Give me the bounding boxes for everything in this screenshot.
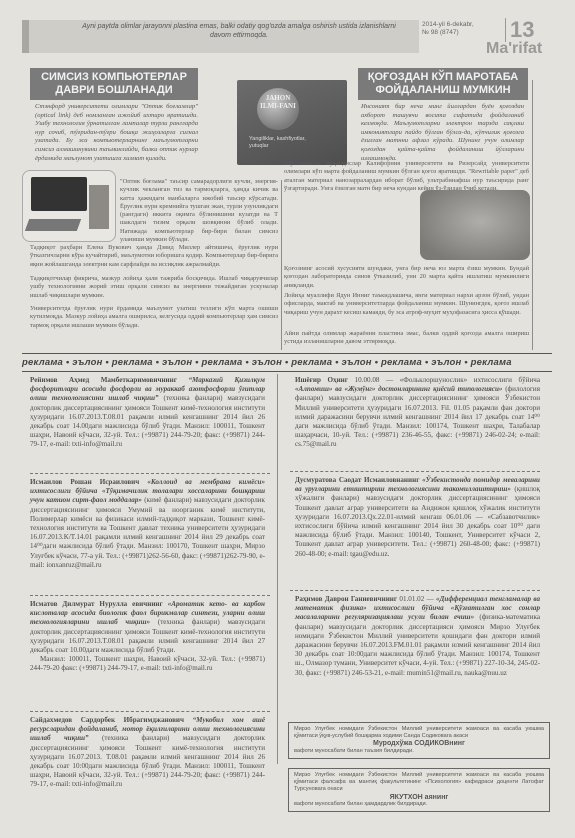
article-right-body-4: Айни пайтда олимлар жараённи пластина эм…	[284, 330, 529, 347]
computer-image	[22, 170, 116, 242]
ad-specialty: 10.00.08 — «Фольклоршунослик» ихтисослиг…	[355, 376, 540, 384]
banner-bottom-rule	[22, 371, 552, 372]
article-right-lead: Инсоният бир неча минг йиллардан буён қо…	[361, 103, 524, 163]
article-left-headline: СИМСИЗ КОМПЬЮТЕРЛАР ДАВРИ БОШЛАНАДИ	[30, 68, 198, 100]
ad-author: Ишёғир Оҳинг	[295, 376, 348, 384]
condolence-footer: вафоти муносабати билан таъзия билдиради…	[294, 748, 414, 754]
banner-top-rule	[22, 353, 552, 354]
condolence-text: Мирзо Улуғбек номидаги Ўзбекистон Миллий…	[294, 726, 544, 739]
keyboard-icon	[25, 219, 81, 231]
ad-author: Раҳимов Даврон Ганиевичнинг	[295, 595, 397, 603]
ad-separator	[30, 711, 270, 712]
ad-separator	[290, 471, 540, 472]
ad-separator	[290, 590, 540, 591]
book-cover-subtitle: Yangiliklar, kashfiyotlar, yutuqlar	[249, 136, 309, 149]
condolence-name: Муродхўжа СОДИКОВнинг	[294, 740, 544, 747]
ad-text: (техника фанлари) мавзусидаги докторлик …	[30, 394, 265, 448]
condolence-text: Мирзо Улуғбек номидаги Ўзбекистон Миллий…	[294, 772, 544, 792]
article-left-body-3: Тадқиқотчилар фикрича, мазкур лойиҳа ҳал…	[30, 275, 278, 300]
condolence-notice-1: Мирзо Улуғбек номидаги Ўзбекистон Миллий…	[288, 722, 550, 759]
condolence-notice-2: Мирзо Улуғбек номидаги Ўзбекистон Миллий…	[288, 768, 550, 812]
ad-banner: реклама • эълон • реклама • эълон • рекл…	[22, 357, 552, 368]
issue-info: 2014-yil 6-dekabr, № 98 (8747)	[422, 21, 492, 37]
ad-left-3: Исматов Дилмурат Нурулла евичнинг «Арома…	[30, 600, 265, 674]
ad-author: Сайдахмедов Сардорбек Ибрагимджанович	[30, 716, 184, 724]
ad-text: (кимё фанлари) мавзусидаги докторлик дис…	[30, 496, 265, 568]
ad-text: (қишлоқ хўжалиги фанлари) мавзусидаги до…	[295, 485, 540, 557]
article-left-body-2: Тадқиқот раҳбари Елена Вукович ҳамда Дэв…	[30, 244, 278, 269]
issue-number: № 98 (8747)	[422, 29, 492, 37]
ads-column-divider	[277, 374, 278, 764]
ad-left-2: Исмаилов Рошан Исраилович «Коллоид ва ме…	[30, 478, 265, 570]
book-cover-image: JAHON ILMI-FANI Yangiliklar, kashfiyotla…	[237, 80, 347, 165]
ad-address: Манзил: 100011, Тошкент шаҳри, Навоий кў…	[30, 655, 265, 673]
book-cover-title: JAHON ILMI-FANI	[257, 94, 299, 110]
article-right-body-3: Лойиҳа муаллифи Ядун Инниг таъкидлашича,…	[284, 292, 529, 317]
issue-date: 2014-yil 6-dekabr,	[422, 21, 492, 29]
ad-specialty: 01.01.02 —	[399, 595, 433, 603]
ad-author: Исматов Дилмурат Нурулла евичнинг	[30, 600, 163, 608]
pc-tower-icon	[89, 185, 109, 229]
ad-left-1: Рейимов Аҳмед Мамбеткаримовичнинг “Марка…	[30, 376, 265, 450]
header-strip: Ayni paytda olimlar jarayonni plastina e…	[22, 20, 419, 53]
page-number: 13	[505, 18, 534, 42]
column-divider-right	[532, 80, 533, 350]
ad-right-2: Дусмуратова Саодат Исмаиловнанинг «Ўзбек…	[295, 476, 540, 559]
ad-separator	[30, 595, 270, 596]
monitor-icon	[31, 177, 87, 211]
condolence-name: ЯКУТХОН аянинг	[294, 794, 544, 801]
ad-title: «Алпомиш» ва «Жумўнг» достонларининг қиё…	[295, 385, 502, 393]
condolence-footer: вафоти муносабати билан ҳамдардлик билди…	[294, 801, 427, 807]
ad-left-4: Сайдахмедов Сардорбек Ибрагимджанович “М…	[30, 716, 265, 790]
ad-right-1: Ишёғир Оҳинг 10.00.08 — «Фольклоршуносли…	[295, 376, 540, 450]
masthead: Ma'rifat	[486, 40, 542, 58]
ad-separator	[30, 473, 270, 474]
article-right-body-2: Қоғознинг асосий хусусияти шундаки, унга…	[284, 265, 529, 290]
ad-author: Дусмуратова Саодат Исмаиловнанинг	[295, 476, 419, 484]
ad-right-3: Раҳимов Даврон Ганиевичнинг 01.01.02 — «…	[295, 595, 540, 678]
column-divider	[281, 180, 282, 350]
newspaper-page: Ayni paytda olimlar jarayonni plastina e…	[0, 0, 575, 838]
ad-text: (техника фанлари) мавзусидаги докторлик …	[30, 734, 265, 788]
article-right-headline: ҚОҒОЗДАН КЎП МАРОТАБА ФОЙДАЛАНИШ МУМКИН	[358, 68, 528, 100]
article-left-body-4: Университетда ёруғлик нури ёрдамида маъл…	[30, 305, 278, 330]
hand-image	[420, 190, 530, 260]
ad-author: Рейимов Аҳмед Мамбеткаримовичнинг	[30, 376, 177, 384]
header-quote: Ayni paytda olimlar jarayonni plastina e…	[79, 22, 399, 40]
article-left-lead: Стэнфорд университети олимлари "Оптик бо…	[35, 103, 198, 163]
ad-text: (физика-математика фанлари) мавзусидаги …	[295, 613, 540, 676]
ad-text: (филология фанлари) мавзусидаги докторли…	[295, 385, 540, 448]
article-left-body-1: "Оптик боғлама" таъсир самарадорлиги куч…	[120, 178, 278, 244]
ad-author: Исмаилов Рошан Исраилович	[30, 478, 139, 486]
